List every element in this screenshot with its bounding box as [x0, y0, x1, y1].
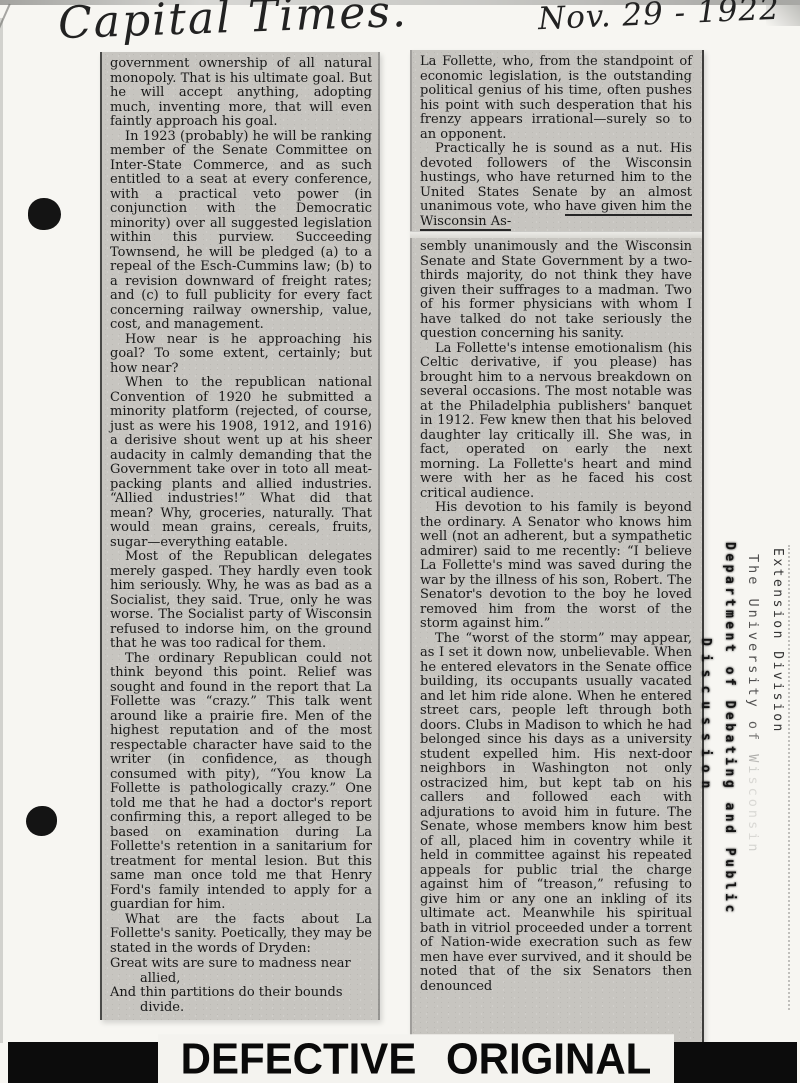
stamp-line: Discussion	[689, 542, 713, 962]
article-paragraph: Most of the Republican delegates merely …	[110, 550, 372, 652]
newspaper-clipping-left-column: government ownership of all natural mono…	[100, 52, 380, 1020]
newspaper-clipping-right-column: La Follette, who, from the standpoint of…	[410, 50, 704, 1046]
stamp-line: Extension Division	[761, 542, 785, 962]
article-paragraph: La Follette's intense emotionalism (his …	[420, 342, 692, 502]
article-paragraph: The “worst of the storm” may appear, as …	[420, 632, 692, 995]
stamp-line: The University of Wisconsin	[737, 542, 761, 962]
pen-scribble	[0, 4, 25, 39]
article-paragraph: His devotion to his family is beyond the…	[420, 501, 692, 632]
article-paragraph: What are the facts about La Follette's s…	[110, 913, 372, 957]
article-paragraph: sembly unanimously and the Wisconsin Sen…	[420, 240, 692, 342]
article-paragraph: How near is he approaching his goal? To …	[110, 333, 372, 377]
scan-edge-perforation	[788, 545, 790, 1010]
defective-original-label: DEFECTIVE ORIGINAL	[158, 1034, 674, 1083]
article-paragraph: La Follette, who, from the standpoint of…	[420, 55, 692, 142]
article-paragraph: Practically he is sound as a nut. His de…	[420, 142, 692, 229]
handwritten-publication-name: Capital Times.	[57, 0, 408, 49]
verse-line: And thin partitions do their bounds divi…	[110, 986, 372, 1015]
article-paragraph: When to the republican national Conventi…	[110, 376, 372, 550]
scan-edge-left	[0, 18, 3, 1043]
article-paragraph: government ownership of all natural mono…	[110, 57, 372, 130]
defective-banner-bar: DEFECTIVE ORIGINAL	[8, 1042, 797, 1083]
verse-line: Great wits are sure to madness near alli…	[110, 957, 372, 986]
stamp-line: Department of Debating and Public	[713, 542, 737, 962]
article-paragraph: The ordinary Republican could not think …	[110, 652, 372, 913]
punch-hole-bottom	[26, 806, 57, 836]
punch-hole-top	[28, 198, 61, 230]
article-paragraph: In 1923 (probably) he will be ranking me…	[110, 130, 372, 333]
library-ownership-stamp: Extension Division The University of Wis…	[689, 542, 785, 962]
handwritten-date: Nov. 29 - 1922	[537, 0, 780, 37]
verse-quote: Great wits are sure to madness near alli…	[110, 957, 372, 1015]
scanned-newspaper-page: Capital Times. Nov. 29 - 1922 government…	[0, 0, 800, 1083]
clipping-seam	[410, 231, 702, 238]
